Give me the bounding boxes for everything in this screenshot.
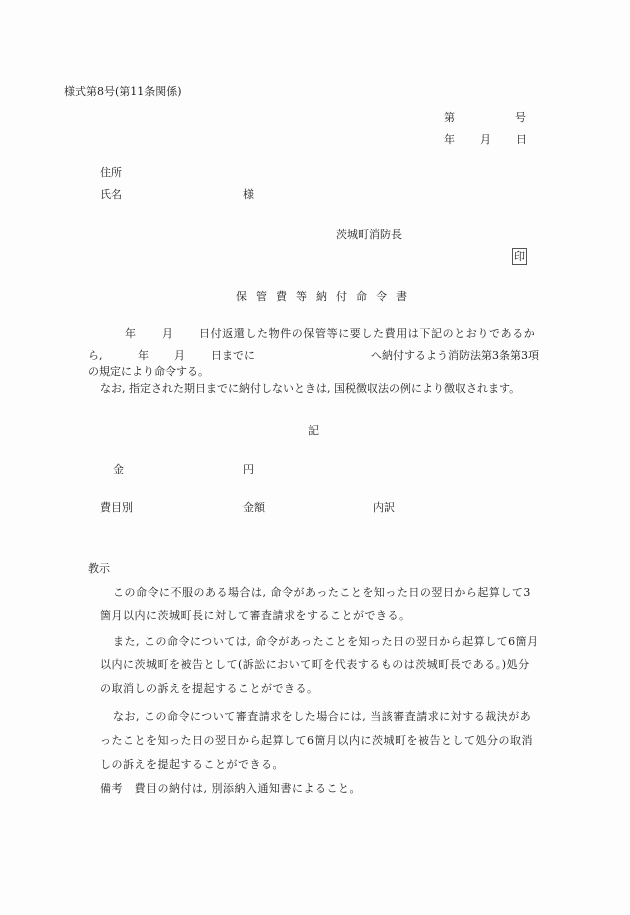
- seal-mark: 印: [512, 248, 527, 265]
- body-line2-end: へ納付するよう消防法第3条第3項: [371, 350, 539, 361]
- notice-p3-line: なお, この命令について審査請求をした場合には, 当該審査請求に対する裁決があ: [113, 711, 531, 722]
- body-line2-year: 年: [138, 350, 149, 361]
- honorific: 様: [243, 189, 254, 200]
- body-line1-month: 月: [162, 328, 173, 339]
- date-year: 年: [444, 134, 455, 145]
- date-month: 月: [480, 134, 491, 145]
- number-prefix: 第: [444, 112, 455, 123]
- amount-label: 金: [113, 464, 124, 475]
- body-line1-text: 日付返還した物件の保管等に要した費用は下記のとおりであるか: [199, 328, 535, 339]
- column-amount: 金額: [243, 502, 265, 513]
- body-line3: の規定により命令する。: [88, 366, 209, 377]
- number-suffix: 号: [515, 112, 526, 123]
- remark: 備考 費目の納付は, 別添納入通知書によること。: [100, 783, 361, 794]
- notice-p1-line: 箇月以内に茨城町長に対して審査請求をすることができる。: [100, 610, 411, 621]
- notice-heading: 教示: [88, 563, 110, 574]
- name-label: 氏名: [100, 189, 122, 200]
- body-line4: なお, 指定された期日までに納付しないときは, 国税徴収法の例により徴収されます…: [100, 383, 520, 394]
- document-title: 保管費等納付命令書: [236, 291, 416, 302]
- column-category: 費目別: [100, 502, 133, 513]
- ki-heading: 記: [308, 425, 319, 436]
- notice-p1-line: この命令に不服のある場合は, 命令があったことを知った日の翌日から起算して3: [113, 587, 531, 598]
- notice-p2-line: また, この命令については, 命令があったことを知った日の翌日から起算して6箇月: [113, 636, 539, 647]
- amount-unit: 円: [243, 464, 254, 475]
- notice-p2-line: 以内に茨城町を被告として(訴訟において町を代表するものは茨城町長である。)処分: [100, 659, 530, 670]
- address-label: 住所: [100, 167, 122, 178]
- issuer-title: 茨城町消防長: [336, 229, 402, 240]
- notice-p3-line: しの訴えを提起することができる。: [100, 759, 284, 770]
- date-day: 日: [516, 134, 527, 145]
- column-breakdown: 内訳: [373, 502, 395, 513]
- body-line2-day: 日までに: [211, 350, 255, 361]
- notice-p2-line: の取消しの訴えを提起することができる。: [100, 683, 319, 694]
- form-label: 様式第8号(第11条関係): [64, 86, 182, 97]
- seal-icon: 印: [512, 248, 527, 265]
- body-line1-year: 年: [125, 328, 136, 339]
- notice-p3-line: ったことを知った日の翌日から起算して6箇月以内に茨城町を被告として処分の取消: [100, 735, 533, 746]
- body-line2-month: 月: [174, 350, 185, 361]
- body-line2-start: ら,: [88, 350, 103, 361]
